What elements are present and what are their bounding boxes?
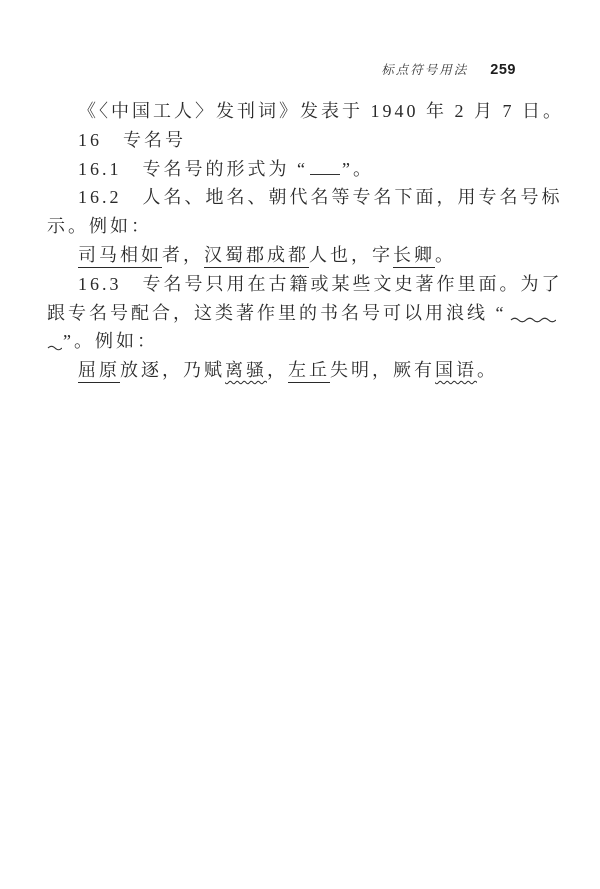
text-segment: 者，	[162, 245, 204, 265]
text-line: 示。例如：	[47, 212, 547, 241]
text-segment: 跟专名号配合，这类著作里的书名号可以用浪线 “	[47, 303, 507, 323]
text-line: 跟专名号配合，这类著作里的书名号可以用浪线 “	[47, 299, 547, 328]
book-page: 标点符号用法259 《〈中国工人〉发刊词》发表于 1940 年 2 月 7 日。…	[0, 0, 600, 889]
wavy-rule-mark-small	[47, 343, 62, 352]
text-segment: ，	[267, 360, 288, 380]
proper-name-segment: 成都	[267, 245, 309, 268]
book-title-segment: 离骚	[225, 360, 267, 380]
wavy-rule-mark	[510, 315, 556, 324]
text-line: ”。例如：	[47, 327, 547, 356]
text-segment: 16 专名号	[78, 130, 186, 150]
running-head: 标点符号用法259	[0, 60, 516, 79]
text-block: 《〈中国工人〉发刊词》发表于 1940 年 2 月 7 日。 16 专名号 16…	[47, 97, 547, 385]
text-segment: 。	[435, 245, 456, 265]
text-segment: ”。例如：	[63, 331, 158, 351]
proper-name-segment: 蜀郡	[225, 245, 267, 268]
proper-name-segment: 司马相如	[78, 245, 162, 268]
text-segment: 。	[477, 360, 498, 380]
section-heading: 16 专名号	[47, 126, 547, 155]
text-line: 16.1 专名号的形式为 “”。	[47, 155, 547, 184]
example-line: 司马相如者，汉蜀郡成都人也，字长卿。	[47, 241, 547, 270]
example-line: 屈原放逐，乃赋离骚，左丘失明，厥有国语。	[47, 356, 547, 385]
proper-name-segment: 左丘	[288, 360, 330, 383]
proper-name-segment: 长卿	[393, 245, 435, 268]
text-line: 16.3 专名号只用在古籍或某些文史著作里面。为了	[47, 270, 547, 299]
page-number: 259	[490, 62, 516, 78]
text-segment: 人也，字	[309, 245, 393, 265]
book-title-segment: 国语	[435, 360, 477, 380]
text-segment: 失明，厥有	[330, 360, 435, 380]
proper-name-segment: 汉	[204, 245, 225, 268]
text-line: 16.2 人名、地名、朝代名等专名下面，用专名号标	[47, 183, 547, 212]
text-segment: 16.2 人名、地名、朝代名等专名下面，用专名号标	[78, 187, 563, 207]
text-segment: 16.1 专名号的形式为 “	[78, 159, 308, 179]
text-segment: 放逐，乃赋	[120, 360, 225, 380]
text-segment: 《〈中国工人〉发刊词》发表于 1940 年 2 月 7 日。	[78, 101, 564, 121]
running-head-title: 标点符号用法	[381, 63, 468, 77]
text-line: 《〈中国工人〉发刊词》发表于 1940 年 2 月 7 日。	[47, 97, 547, 126]
straight-rule-blank-mark	[310, 160, 340, 175]
text-segment: 示。例如：	[47, 216, 152, 236]
text-segment: ”。	[342, 159, 374, 179]
text-segment: 16.3 专名号只用在古籍或某些文史著作里面。为了	[78, 274, 563, 294]
proper-name-segment: 屈原	[78, 360, 120, 383]
